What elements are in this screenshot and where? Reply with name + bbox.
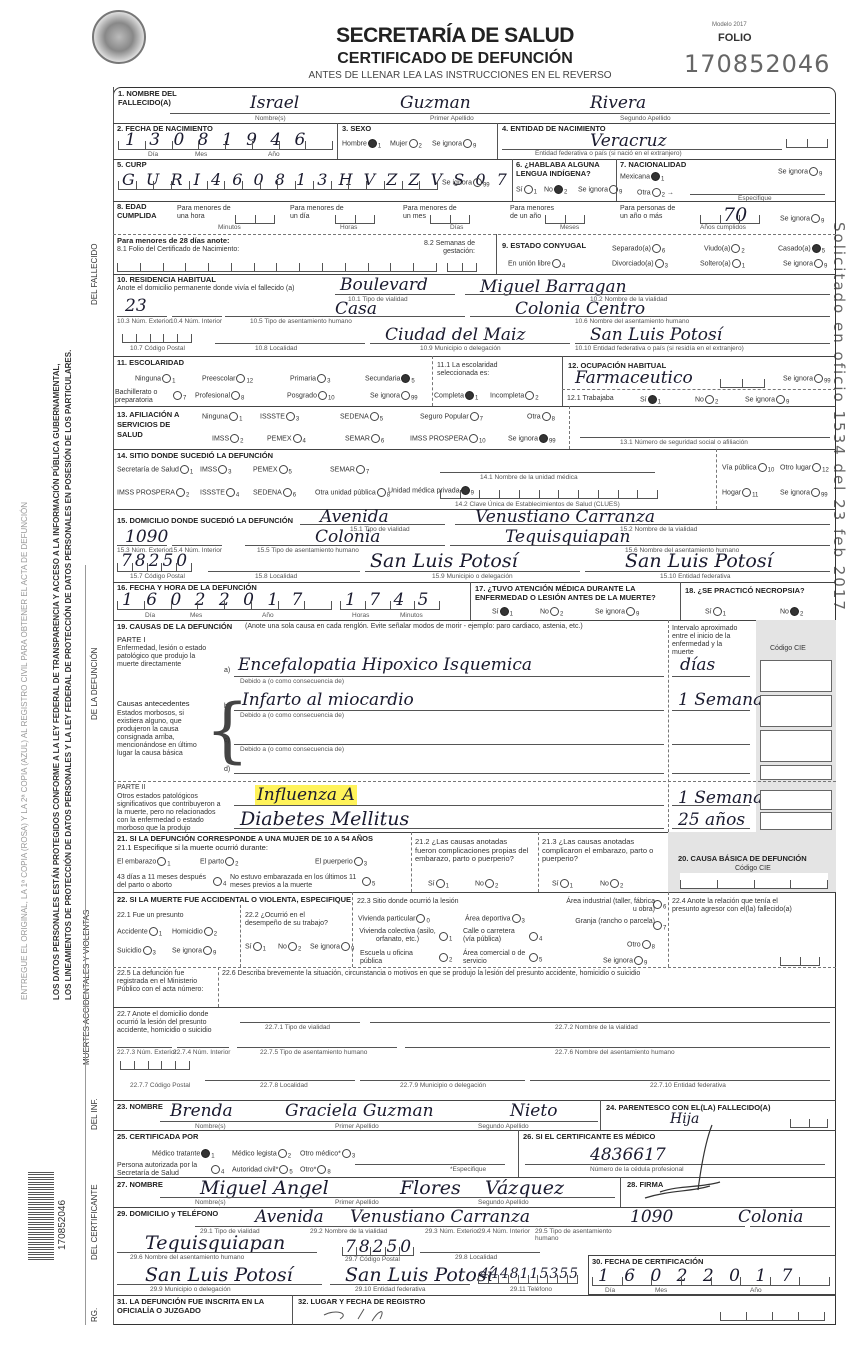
f29-tipo-vialidad[interactable]: Avenida bbox=[255, 1207, 324, 1227]
f21-q3: 21.3 ¿Las causas anotadas complicaron el… bbox=[542, 838, 662, 864]
f25-option-medico-tratante[interactable]: Médico tratante1 bbox=[152, 1149, 215, 1160]
f29-sub-localidad: 29.8 Localidad bbox=[455, 1254, 497, 1261]
f19-interval-b[interactable]: 1 Semana bbox=[678, 690, 763, 710]
f14-option-hogar[interactable]: Hogar11 bbox=[722, 488, 758, 499]
f15-sub-cp: 15.7 Código Postal bbox=[130, 573, 185, 580]
f19-c-letter: c) bbox=[224, 737, 230, 745]
f6-option-si[interactable]: Sí1 bbox=[516, 185, 537, 196]
f2-dia: Día bbox=[148, 151, 158, 158]
f9-option-union-libre[interactable]: En unión libre4 bbox=[508, 259, 565, 270]
f12-option-si[interactable]: Sí1 bbox=[640, 395, 661, 406]
f22-radio-industrial[interactable]: 6 bbox=[652, 900, 666, 911]
f19-parte1-desc: Enfermedad, lesión o estado patológico q… bbox=[117, 645, 217, 669]
f10-sub-localidad: 10.8 Localidad bbox=[255, 345, 297, 352]
f22-sitio-granja[interactable]: Granja (rancho o parcela) bbox=[570, 918, 655, 926]
f11-option-profesional[interactable]: Profesional8 bbox=[195, 391, 244, 402]
f29-sub-telefono: 29.11 Teléfono bbox=[510, 1286, 552, 1293]
f22-sub-municipio: 22.7.9 Municipio o delegación bbox=[400, 1082, 486, 1089]
f11-radio-bachillerato[interactable]: 7 bbox=[172, 391, 186, 402]
f22-radio-calle[interactable]: 4 bbox=[528, 932, 542, 943]
f1-sub-nombre: Nombre(s) bbox=[255, 115, 286, 122]
signature-image bbox=[640, 1120, 730, 1205]
f20-code-input[interactable] bbox=[680, 873, 828, 889]
registry-stamp-mark bbox=[320, 1305, 390, 1327]
f19-codigo-cie: Código CIE bbox=[770, 645, 806, 653]
section-registro: RG. bbox=[90, 1308, 99, 1322]
f21-option-puerperio[interactable]: El puerperio3 bbox=[315, 857, 367, 868]
f3-label: 3. SEXO bbox=[342, 125, 371, 134]
f16-horas: Horas bbox=[352, 612, 369, 619]
f14-option-issste[interactable]: ISSSTE4 bbox=[200, 488, 239, 499]
f17-option-no[interactable]: No2 bbox=[540, 607, 563, 618]
f22-sitio-industrial[interactable]: Área industrial (taller, fábrica u obra) bbox=[565, 898, 655, 913]
f19-part2-cie-2[interactable] bbox=[760, 812, 832, 830]
f23-nombre[interactable]: Brenda bbox=[170, 1101, 233, 1121]
f19-parte1: PARTE I bbox=[117, 636, 145, 645]
f29-sub-nombre-vialidad: 29.2 Nombre de la vialidad bbox=[310, 1228, 387, 1235]
f16-dia: Día bbox=[145, 612, 155, 619]
f4-entidad-value[interactable]: Veracruz bbox=[590, 131, 667, 151]
f23-sub-nombre: Nombre(s) bbox=[195, 1123, 226, 1130]
f22-mp: 22.5 La defunción fue registrada en el M… bbox=[117, 970, 217, 994]
f22-trabajo-si[interactable]: Sí1 bbox=[245, 942, 266, 953]
f22-sitio-calle[interactable]: Calle o carretera (vía pública) bbox=[463, 928, 523, 943]
f12-se-ignora[interactable]: Se ignora99 bbox=[783, 374, 831, 385]
f11-option-secundaria[interactable]: Secundaria5 bbox=[365, 374, 415, 385]
f9-option-se-ignora[interactable]: Se ignora9 bbox=[783, 259, 827, 270]
f19-part2-cause-2[interactable]: Diabetes Mellitus bbox=[240, 808, 409, 830]
f8-label: 8. EDAD CUMPLIDA bbox=[117, 203, 167, 220]
f14-option-semar[interactable]: SEMAR7 bbox=[330, 465, 369, 476]
f15-municipio[interactable]: San Luis Potosí bbox=[370, 550, 518, 572]
f14-option-imss-prospera[interactable]: IMSS PROSPERA2 bbox=[117, 488, 189, 499]
f11-option-ninguna[interactable]: Ninguna1 bbox=[135, 374, 175, 385]
f21-q3-no[interactable]: No2 bbox=[600, 879, 623, 890]
f22-relacion: 22.4 Anote la relación que tenía el pres… bbox=[672, 898, 792, 914]
f10-municipio[interactable]: Ciudad del Maiz bbox=[385, 325, 525, 345]
f8-folio-nac: 8.1 Folio del Certificado de Nacimiento: bbox=[117, 246, 239, 254]
f19-cie-a[interactable] bbox=[760, 660, 832, 692]
f15-tipo-asentamiento[interactable]: Colonia bbox=[315, 527, 380, 547]
f25-especifique: *Especifique bbox=[450, 1166, 486, 1173]
f21-q2-no[interactable]: No2 bbox=[475, 879, 498, 890]
privacy-notice-1: LOS DATOS PERSONALES ESTÁN PROTEGIDOS CO… bbox=[52, 363, 61, 1000]
f22-option-se-ignora[interactable]: Se ignora9 bbox=[172, 946, 216, 957]
f13-num-afiliacion: 13.1 Número de seguridad social o afilia… bbox=[620, 439, 748, 446]
f14-option-via-publica[interactable]: Vía pública10 bbox=[722, 463, 774, 474]
f7-option-mexicana[interactable]: Mexicana1 bbox=[620, 172, 664, 183]
f29-entidad[interactable]: San Luis Potosí bbox=[345, 1264, 493, 1286]
f9-option-separado[interactable]: Separado(a)6 bbox=[612, 244, 665, 255]
f11-option-se-ignora[interactable]: Se ignora99 bbox=[370, 391, 418, 402]
f15-nombre-asentamiento[interactable]: Tequisquiapan bbox=[505, 527, 630, 547]
f16-anio: Año bbox=[262, 612, 274, 619]
f19-intervalo: Intervalo aproximado entre el inicio de … bbox=[672, 625, 744, 657]
f22-sitio-se-ignora[interactable]: Se ignora9 bbox=[603, 956, 647, 967]
f15-sub-tipo-asent: 15.5 Tipo de asentamiento humano bbox=[257, 547, 359, 554]
f22-sitio-comercial[interactable]: Área comercial o de servicio bbox=[463, 950, 528, 965]
f22-sub-tipo-vialidad: 22.7.1 Tipo de vialidad bbox=[265, 1024, 330, 1031]
f10-num-exterior[interactable]: 23 bbox=[125, 296, 147, 316]
f19-parte2: PARTE II bbox=[117, 784, 146, 792]
f13-option-seguro-popular[interactable]: Seguro Popular7 bbox=[420, 412, 483, 423]
f23-segundo-apellido[interactable]: Nieto bbox=[510, 1101, 557, 1121]
barcode bbox=[28, 1170, 54, 1260]
f21-sub: 21.1 Especifique si la muerte ocurrió du… bbox=[117, 844, 268, 853]
f22-sitio-vivienda-colectiva[interactable]: Vivienda colectiva (asilo, orfanato, etc… bbox=[355, 928, 440, 943]
f23-primer-apellido[interactable]: Graciela Guzman bbox=[285, 1101, 434, 1121]
f19-antecedentes-desc: Estados morbosos, si existiera alguno, q… bbox=[117, 710, 205, 758]
f14-option-se-ignora[interactable]: Se ignora99 bbox=[780, 488, 828, 499]
f15-sub-nombre-vialidad: 15.2 Nombre de la vialidad bbox=[620, 526, 697, 533]
folio-number: 170852046 bbox=[684, 50, 830, 78]
f8-menor-hora: Para menores de una hora bbox=[177, 205, 232, 221]
f25-label: 25. CERTIFICADA POR bbox=[117, 1133, 198, 1142]
f22-radio-vivienda-colectiva[interactable]: 1 bbox=[438, 932, 452, 943]
f22-sitio: 22.3 Sitio donde ocurrió la lesión bbox=[357, 898, 459, 906]
folio-label: FOLIO bbox=[718, 32, 752, 44]
f15-label: 15. DOMICILIO DONDE SUCEDIÓ LA DEFUNCIÓN bbox=[117, 517, 293, 526]
f14-option-pemex[interactable]: PEMEX5 bbox=[253, 465, 292, 476]
f18-option-no[interactable]: No2 bbox=[780, 607, 803, 618]
f10-sub-num-ext: 10.3 Núm. Exterior bbox=[117, 318, 171, 325]
f30-mes: Mes bbox=[655, 1287, 667, 1294]
f7-option-se-ignora[interactable]: Se ignora9 bbox=[778, 167, 822, 178]
f29-nombre-asentamiento[interactable]: Tequisquiapan bbox=[145, 1232, 285, 1254]
f11-sub-label: 11.1 La escolaridad seleccionada es: bbox=[437, 362, 507, 378]
f19-part2-interval-2[interactable]: 25 años bbox=[678, 810, 745, 830]
form-subtitle: CERTIFICADO DE DEFUNCIÓN bbox=[290, 50, 620, 68]
f1-sub-primer: Primer Apellido bbox=[430, 115, 474, 122]
f27-label: 27. NOMBRE bbox=[117, 1181, 163, 1190]
f22-option-accidente[interactable]: Accidente1 bbox=[117, 927, 162, 938]
f10-sub-nombre-asent: 10.6 Nombre del asentamiento humano bbox=[575, 318, 689, 325]
f11-option-primaria[interactable]: Primaria3 bbox=[290, 374, 330, 385]
f22-relacion-input[interactable] bbox=[780, 950, 820, 966]
instruction-text: ANTES DE LLENAR LEA LAS INSTRUCCIONES EN… bbox=[270, 70, 650, 81]
f4-sub: Entidad federativa o país (si nació en e… bbox=[535, 150, 682, 157]
f19-debido-a: Debido a (o como consecuencia de) bbox=[240, 678, 344, 685]
f29-municipio[interactable]: San Luis Potosí bbox=[145, 1264, 293, 1286]
f18-label: 18. ¿SE PRACTICÓ NECROPSIA? bbox=[685, 587, 805, 596]
f22-trabajo: 22.2 ¿Ocurrió en el desempeño de su trab… bbox=[245, 912, 340, 928]
f19-interval-a[interactable]: días bbox=[680, 655, 715, 675]
f13-option-semar[interactable]: SEMAR6 bbox=[345, 434, 384, 445]
brace-icon: { bbox=[205, 695, 250, 765]
f18-option-si[interactable]: Sí1 bbox=[705, 607, 726, 618]
coat-of-arms-seal bbox=[92, 10, 146, 64]
f8-se-ignora[interactable]: Se ignora9 bbox=[780, 214, 824, 225]
f10-sub-municipio: 10.9 Municipio o delegación bbox=[420, 345, 501, 352]
f12-option-no[interactable]: No2 bbox=[695, 395, 718, 406]
f8-anios: Años cumplidos bbox=[700, 224, 746, 231]
f22-sub-nombre-asent: 22.7.6 Nombre del asentamiento humano bbox=[555, 1049, 675, 1056]
f9-option-divorciado[interactable]: Divorciado(a)3 bbox=[612, 259, 668, 270]
f9-label: 9. ESTADO CONYUGAL bbox=[502, 242, 586, 251]
f11-option-preescolar[interactable]: Preescolar12 bbox=[202, 374, 253, 385]
f25-option-otro-medico[interactable]: Otro médico*3 bbox=[300, 1149, 355, 1160]
section-muertes-accidentales: MUERTES ACCIDENTALES Y VIOLENTAS bbox=[82, 925, 91, 1065]
section-del-informante: DEL INF. bbox=[90, 1098, 99, 1130]
f17-option-se-ignora[interactable]: Se ignora9 bbox=[595, 607, 639, 618]
f29-tipo-asentamiento[interactable]: Colonia bbox=[738, 1207, 803, 1227]
page-title: SECRETARÍA DE SALUD bbox=[290, 24, 620, 48]
f8-horas: Horas bbox=[340, 224, 357, 231]
f11-option-posgrado[interactable]: Posgrado10 bbox=[287, 391, 335, 402]
f19-cause-a[interactable]: Encefalopatia Hipoxico Isquemica bbox=[238, 655, 532, 675]
f29-sub-num-int: 29.4 Núm. Interior bbox=[478, 1228, 530, 1235]
f21-q3-si[interactable]: Sí1 bbox=[552, 879, 573, 890]
f6-option-no[interactable]: No2 bbox=[544, 185, 567, 196]
f19-part2-cause-1[interactable]: Influenza A bbox=[255, 785, 357, 805]
f21-option-embarazo[interactable]: El embarazo1 bbox=[117, 857, 171, 868]
f29-sub-cp: 29.7 Código Postal bbox=[345, 1256, 400, 1263]
f13-label: 13. AFILIACIÓN A SERVICIOS DE SALUD bbox=[117, 410, 187, 439]
f21-q2: 21.2 ¿Las causas anotadas fueron complic… bbox=[415, 838, 530, 864]
f13-option-ninguna[interactable]: Ninguna1 bbox=[202, 412, 242, 423]
f21-radio-no-embarazada[interactable]: 5 bbox=[361, 877, 375, 888]
f22-sitio-deportiva[interactable]: Área deportiva3 bbox=[465, 914, 525, 925]
f9-option-viudo[interactable]: Viudo(a)2 bbox=[704, 244, 745, 255]
f13-option-otra[interactable]: Otra8 bbox=[527, 412, 555, 423]
f16-minutos: Minutos bbox=[400, 612, 423, 619]
f1-segundo-apellido-value[interactable]: Rivera bbox=[590, 93, 646, 113]
f20-label: 20. CAUSA BÁSICA DE DEFUNCIÓN bbox=[678, 855, 807, 864]
f13-option-pemex[interactable]: PEMEX4 bbox=[267, 434, 306, 445]
f19-debido-c: Debido a (o como consecuencia de) bbox=[240, 746, 344, 753]
f19-note: (Anote una sola causa en cada renglón. E… bbox=[245, 623, 583, 631]
f14-option-imss[interactable]: IMSS3 bbox=[200, 465, 231, 476]
f15-sub-municipio: 15.9 Municipio o delegación bbox=[432, 573, 513, 580]
f23-sub-primer: Primer Apellido bbox=[335, 1123, 379, 1130]
f27-sub-primer: Primer Apellido bbox=[335, 1199, 379, 1206]
f29-nombre-vialidad[interactable]: Venustiano Carranza bbox=[350, 1207, 530, 1227]
f29-sub-entidad: 29.10 Entidad federativa bbox=[355, 1286, 425, 1293]
f25-option-autoridad-civil[interactable]: Autoridad civil*5 bbox=[232, 1165, 293, 1176]
f16-mes: Mes bbox=[190, 612, 202, 619]
f29-sub-num-ext: 29.3 Núm. Exterior bbox=[425, 1228, 479, 1235]
f22-sub-cp: 22.7.7 Código Postal bbox=[130, 1082, 190, 1089]
f10-sub-entidad: 10.10 Entidad federativa o país (si resi… bbox=[575, 345, 744, 352]
f10-desc: Anote el domicilio permanente donde viví… bbox=[117, 285, 294, 293]
f22-describa: 22.6 Describa brevemente la situación, c… bbox=[222, 970, 640, 978]
section-del-fallecido: DEL FALLECIDO bbox=[90, 243, 99, 305]
f2-mes: Mes bbox=[195, 151, 207, 158]
f3-option-mujer[interactable]: Mujer2 bbox=[390, 139, 422, 150]
f22-sub-localidad: 22.7.8 Localidad bbox=[260, 1082, 308, 1089]
f8-meses: Meses bbox=[560, 224, 579, 231]
section-del-certificante: DEL CERTIFICANTE bbox=[90, 1184, 99, 1260]
f14-option-ssa[interactable]: Secretaría de Salud1 bbox=[117, 465, 193, 476]
f1-label: 1. NOMBRE DEL FALLECIDO(A) bbox=[118, 90, 188, 107]
f13-option-sedena[interactable]: SEDENA5 bbox=[340, 412, 383, 423]
f14-option-sedena[interactable]: SEDENA6 bbox=[253, 488, 296, 499]
f25-option-persona-autorizada[interactable]: Persona autorizada por la Secretaría de … bbox=[117, 1162, 212, 1177]
f13-option-se-ignora[interactable]: Se ignora99 bbox=[508, 434, 556, 445]
f22-sub-tipo-asent: 22.7.5 Tipo de asentamiento humano bbox=[260, 1049, 367, 1056]
f21-option-43dias[interactable]: 43 días a 11 meses después del parto o a… bbox=[117, 874, 212, 889]
f20-sub: Código CIE bbox=[735, 865, 771, 873]
f27-sub-nombre: Nombre(s) bbox=[195, 1199, 226, 1206]
f17-option-si[interactable]: Sí1 bbox=[492, 607, 513, 618]
f1-nombre-value[interactable]: Israel bbox=[250, 93, 299, 113]
f17-label: 17. ¿TUVO ATENCIÓN MÉDICA DURANTE LA ENF… bbox=[475, 585, 675, 602]
f15-sub-localidad: 15.8 Localidad bbox=[255, 573, 297, 580]
privacy-notice-2: LOS LINEAMIENTOS DE PROTECCIÓN DE DATOS … bbox=[64, 350, 73, 1000]
f8-semanas: 8.2 Semanas de gestación: bbox=[405, 240, 475, 256]
f22-sub-entidad: 22.7.10 Entidad federativa bbox=[650, 1082, 726, 1089]
f22-domicilio: 22.7 Anote el domicilio donde ocurrió la… bbox=[117, 1011, 227, 1035]
f1-sub-segundo: Segundo Apellido bbox=[620, 115, 671, 122]
f5-se-ignora[interactable]: Se ignora99 bbox=[442, 178, 490, 189]
f29-sub-tipo-asent: 29.5 Tipo de asentamiento humano bbox=[535, 1228, 615, 1242]
f31-label: 31. LA DEFUNCIÓN FUE INSCRITA EN LA OFIC… bbox=[117, 1298, 287, 1315]
f10-entidad[interactable]: San Luis Potosí bbox=[590, 325, 722, 345]
f19-debido-b: Debido a (o como consecuencia de) bbox=[240, 712, 344, 719]
f12-ocupacion-value[interactable]: Farmaceutico bbox=[575, 368, 693, 388]
f13-option-issste[interactable]: ISSSTE3 bbox=[260, 412, 299, 423]
f8-dias: Días bbox=[450, 224, 463, 231]
f7-label: 7. NACIONALIDAD bbox=[620, 161, 686, 170]
f8-menores28: Para menores de 28 días anote: bbox=[117, 237, 230, 246]
f21-radio-43dias[interactable]: 4 bbox=[212, 877, 226, 888]
f8-minutos: Minutos bbox=[218, 224, 241, 231]
f22-radio-granja[interactable]: 7 bbox=[652, 921, 666, 932]
f22-label: 22. SI LA MUERTE FUE ACCIDENTAL O VIOLEN… bbox=[117, 896, 351, 905]
f15-entidad[interactable]: San Luis Potosí bbox=[625, 550, 773, 572]
f21-option-no-embarazada[interactable]: No estuvo embarazada en los últimos 11 m… bbox=[230, 874, 360, 889]
f14-option-otra-publica[interactable]: Otra unidad pública8 bbox=[315, 488, 390, 499]
f19-cie-c[interactable] bbox=[760, 730, 832, 762]
f19-label: 19. CAUSAS DE LA DEFUNCIÓN bbox=[117, 623, 232, 632]
f27-sub-segundo: Segundo Apellido bbox=[478, 1199, 529, 1206]
f10-sub-tipo-asent: 10.5 Tipo de asentamiento humano bbox=[250, 318, 352, 325]
f10-label: 10. RESIDENCIA HABITUAL bbox=[117, 276, 216, 285]
f22-option-suicidio[interactable]: Suicidio3 bbox=[117, 946, 156, 957]
f15-sub-entidad: 15.10 Entidad federativa bbox=[660, 573, 730, 580]
f22-sitio-otro[interactable]: Otro8 bbox=[627, 940, 655, 951]
f13-option-imss[interactable]: IMSS2 bbox=[212, 434, 243, 445]
f22-trabajo-no[interactable]: No2 bbox=[278, 942, 301, 953]
f19-antecedentes: Causas antecedentes bbox=[117, 700, 190, 709]
f22-sub-nombre-vialidad: 22.7.2 Nombre de la vialidad bbox=[555, 1024, 638, 1031]
f29-num-exterior[interactable]: 1090 bbox=[630, 1207, 673, 1227]
f11-option-incompleta[interactable]: Incompleta2 bbox=[490, 391, 539, 402]
f22-presunto: 22.1 Fue un presunto bbox=[117, 912, 184, 920]
f19-cie-d[interactable] bbox=[760, 765, 832, 780]
f27-nombre[interactable]: Miguel Angel bbox=[200, 1177, 329, 1199]
f25-radio-persona-autorizada[interactable]: 4 bbox=[210, 1165, 224, 1176]
f29-label: 29. DOMICILIO y TELÉFONO bbox=[117, 1210, 218, 1219]
section-de-la-defuncion: DE LA DEFUNCIÓN bbox=[90, 648, 99, 720]
f23-sub-segundo: Segundo Apellido bbox=[478, 1123, 529, 1130]
f25-option-medico-legista[interactable]: Médico legista2 bbox=[232, 1149, 291, 1160]
f19-d-letter: d) bbox=[224, 766, 230, 774]
f19-a-letter: a) bbox=[224, 667, 230, 675]
f19-cause-b[interactable]: Infarto al miocardio bbox=[242, 690, 414, 710]
f27-primer-apellido[interactable]: Flores bbox=[400, 1177, 461, 1199]
f10-sub-cp: 10.7 Código Postal bbox=[130, 345, 185, 352]
f19-cie-b[interactable] bbox=[760, 695, 832, 727]
f13-option-imss-prospera[interactable]: IMSS PROSPERA10 bbox=[410, 434, 486, 445]
f22-option-homicidio[interactable]: Homicidio2 bbox=[172, 927, 217, 938]
f29-sub-municipio: 29.9 Municipio o delegación bbox=[150, 1286, 231, 1293]
f19-part2-cie-1[interactable] bbox=[760, 790, 832, 810]
f1-primer-apellido-value[interactable]: Guzman bbox=[400, 93, 471, 113]
f30-dia: Día bbox=[605, 1287, 615, 1294]
f14-unidad: 14.1 Nombre de la unidad médica bbox=[480, 474, 578, 481]
f10-tipo-vialidad[interactable]: Boulevard bbox=[340, 275, 428, 295]
f7-option-otra[interactable]: Otra2 → bbox=[637, 188, 674, 199]
f6-label: 6. ¿HABLABA ALGUNA LENGUA INDÍGENA? bbox=[516, 161, 616, 178]
f19-parte2-desc: Otros estados patológicos significativos… bbox=[117, 793, 227, 833]
f22-radio-comercial[interactable]: 5 bbox=[528, 953, 542, 964]
f9-option-soltero[interactable]: Soltero(a)1 bbox=[700, 259, 745, 270]
f29-sub-nombre-asent: 29.6 Nombre del asentamiento humano bbox=[130, 1254, 244, 1261]
copy-instruction: ENTREGUE EL ORIGINAL, LA 1ª COPIA (ROSA)… bbox=[20, 502, 29, 1000]
f22-sitio-escuela[interactable]: Escuela u oficina pública bbox=[360, 950, 432, 965]
f14-label: 14. SITIO DONDE SUCEDIÓ LA DEFUNCIÓN bbox=[117, 452, 273, 461]
f5-label: 5. CURP bbox=[117, 161, 147, 170]
f2-anio: Año bbox=[268, 151, 280, 158]
f22-radio-escuela[interactable]: 2 bbox=[438, 953, 452, 964]
f3-option-hombre[interactable]: Hombre1 bbox=[342, 139, 381, 150]
f22-trabajo-se-ignora[interactable]: Se ignora9 bbox=[310, 942, 354, 953]
f3-option-se-ignora[interactable]: Se ignora9 bbox=[432, 139, 476, 150]
f10-sub-num-int: 10.4 Núm. Interior bbox=[170, 318, 222, 325]
f15-num-exterior[interactable]: 1090 bbox=[125, 527, 168, 547]
f21-q2-si[interactable]: Sí1 bbox=[428, 879, 449, 890]
model-year: Modelo 2017 bbox=[712, 22, 747, 28]
f25-option-otro[interactable]: Otro*8 bbox=[300, 1165, 331, 1176]
f23-label: 23. NOMBRE bbox=[117, 1103, 163, 1112]
f26-label: 26. SI EL CERTIFICANTE ES MÉDICO bbox=[523, 1133, 655, 1142]
f14-option-otro-lugar[interactable]: Otro lugar12 bbox=[780, 463, 829, 474]
f22-sitio-vivienda-particular[interactable]: Vivienda particular0 bbox=[358, 914, 430, 925]
f8-mayor: Para personas de un año o más bbox=[620, 205, 680, 221]
f12-option-se-ignora[interactable]: Se ignora9 bbox=[745, 395, 789, 406]
barcode-number: 170852046 bbox=[57, 1200, 68, 1250]
f9-option-casado[interactable]: Casado(a)5 bbox=[778, 244, 825, 255]
f11-label: 11. ESCOLARIDAD bbox=[117, 359, 184, 368]
f30-anio: Año bbox=[750, 1287, 762, 1294]
f27-segundo-apellido[interactable]: Vázquez bbox=[485, 1177, 564, 1199]
f21-option-parto[interactable]: El parto2 bbox=[200, 857, 238, 868]
f11-option-completa[interactable]: Completa1 bbox=[434, 391, 478, 402]
f12-trabajaba-label: 12.1 Trabajaba bbox=[567, 395, 614, 402]
